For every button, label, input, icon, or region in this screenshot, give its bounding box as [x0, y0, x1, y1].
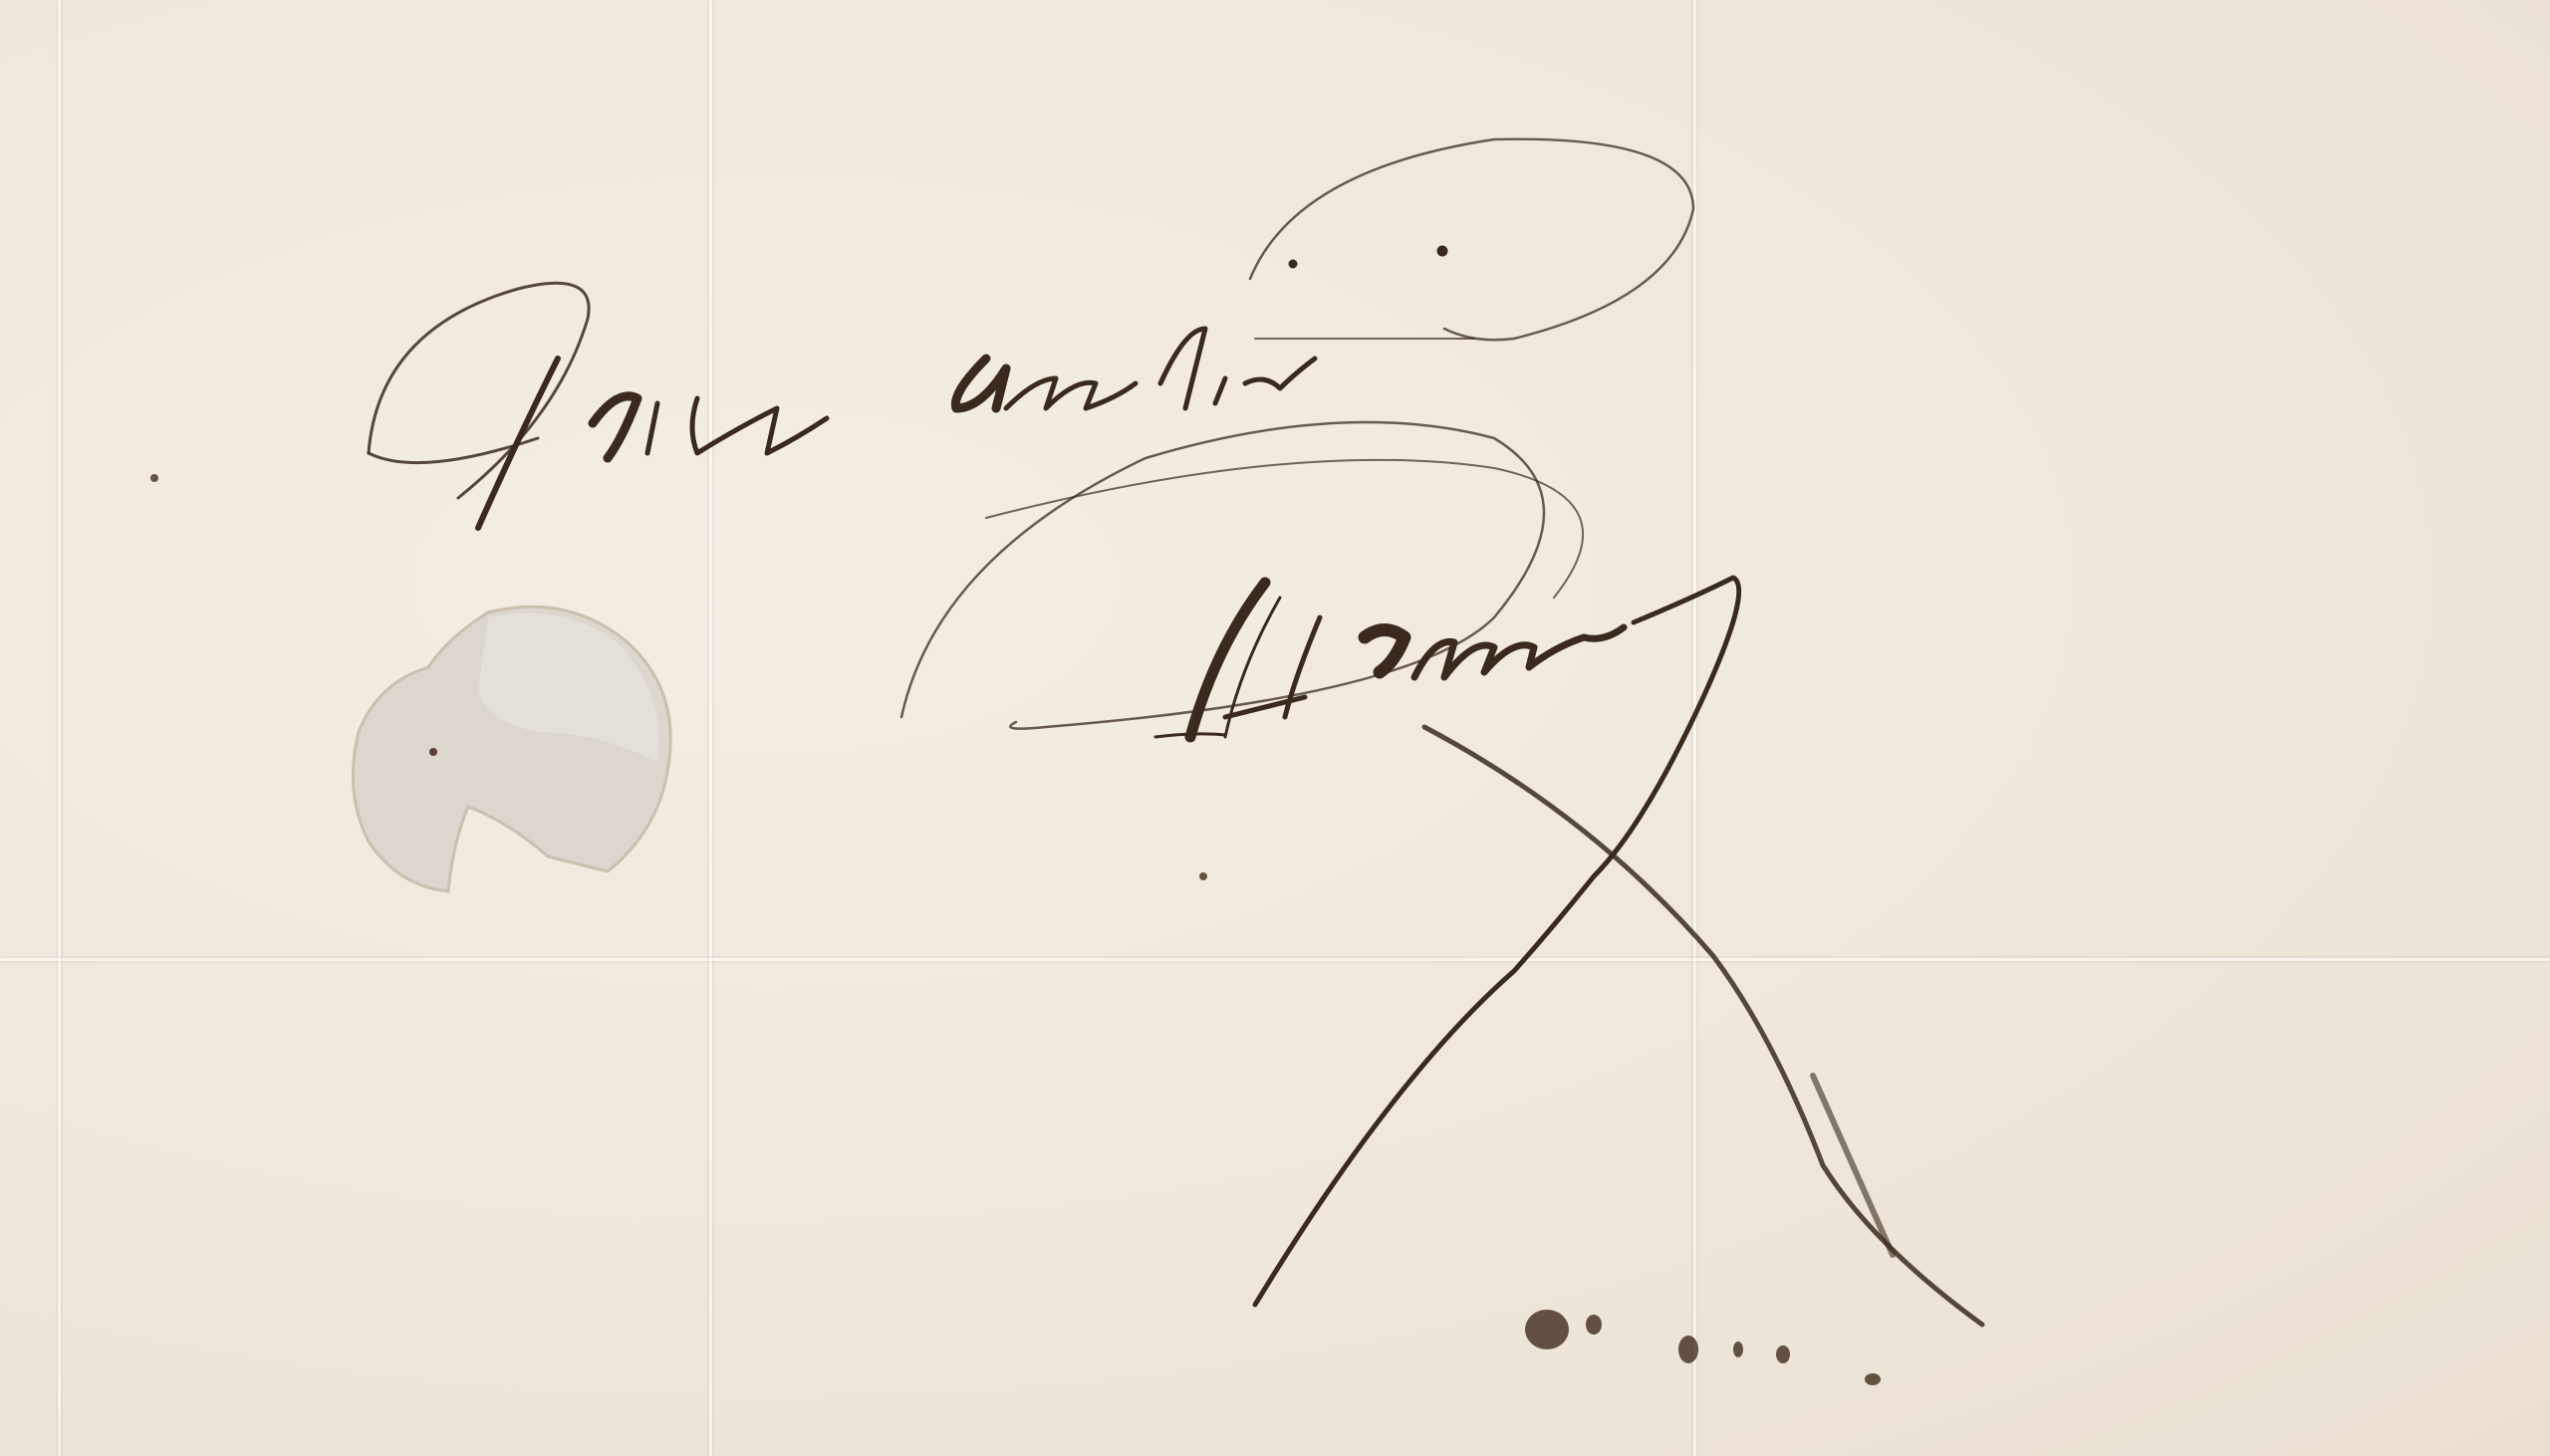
letter-paper: Melle Amelier St Damas [0, 0, 2550, 1456]
handwriting [0, 0, 2550, 1456]
